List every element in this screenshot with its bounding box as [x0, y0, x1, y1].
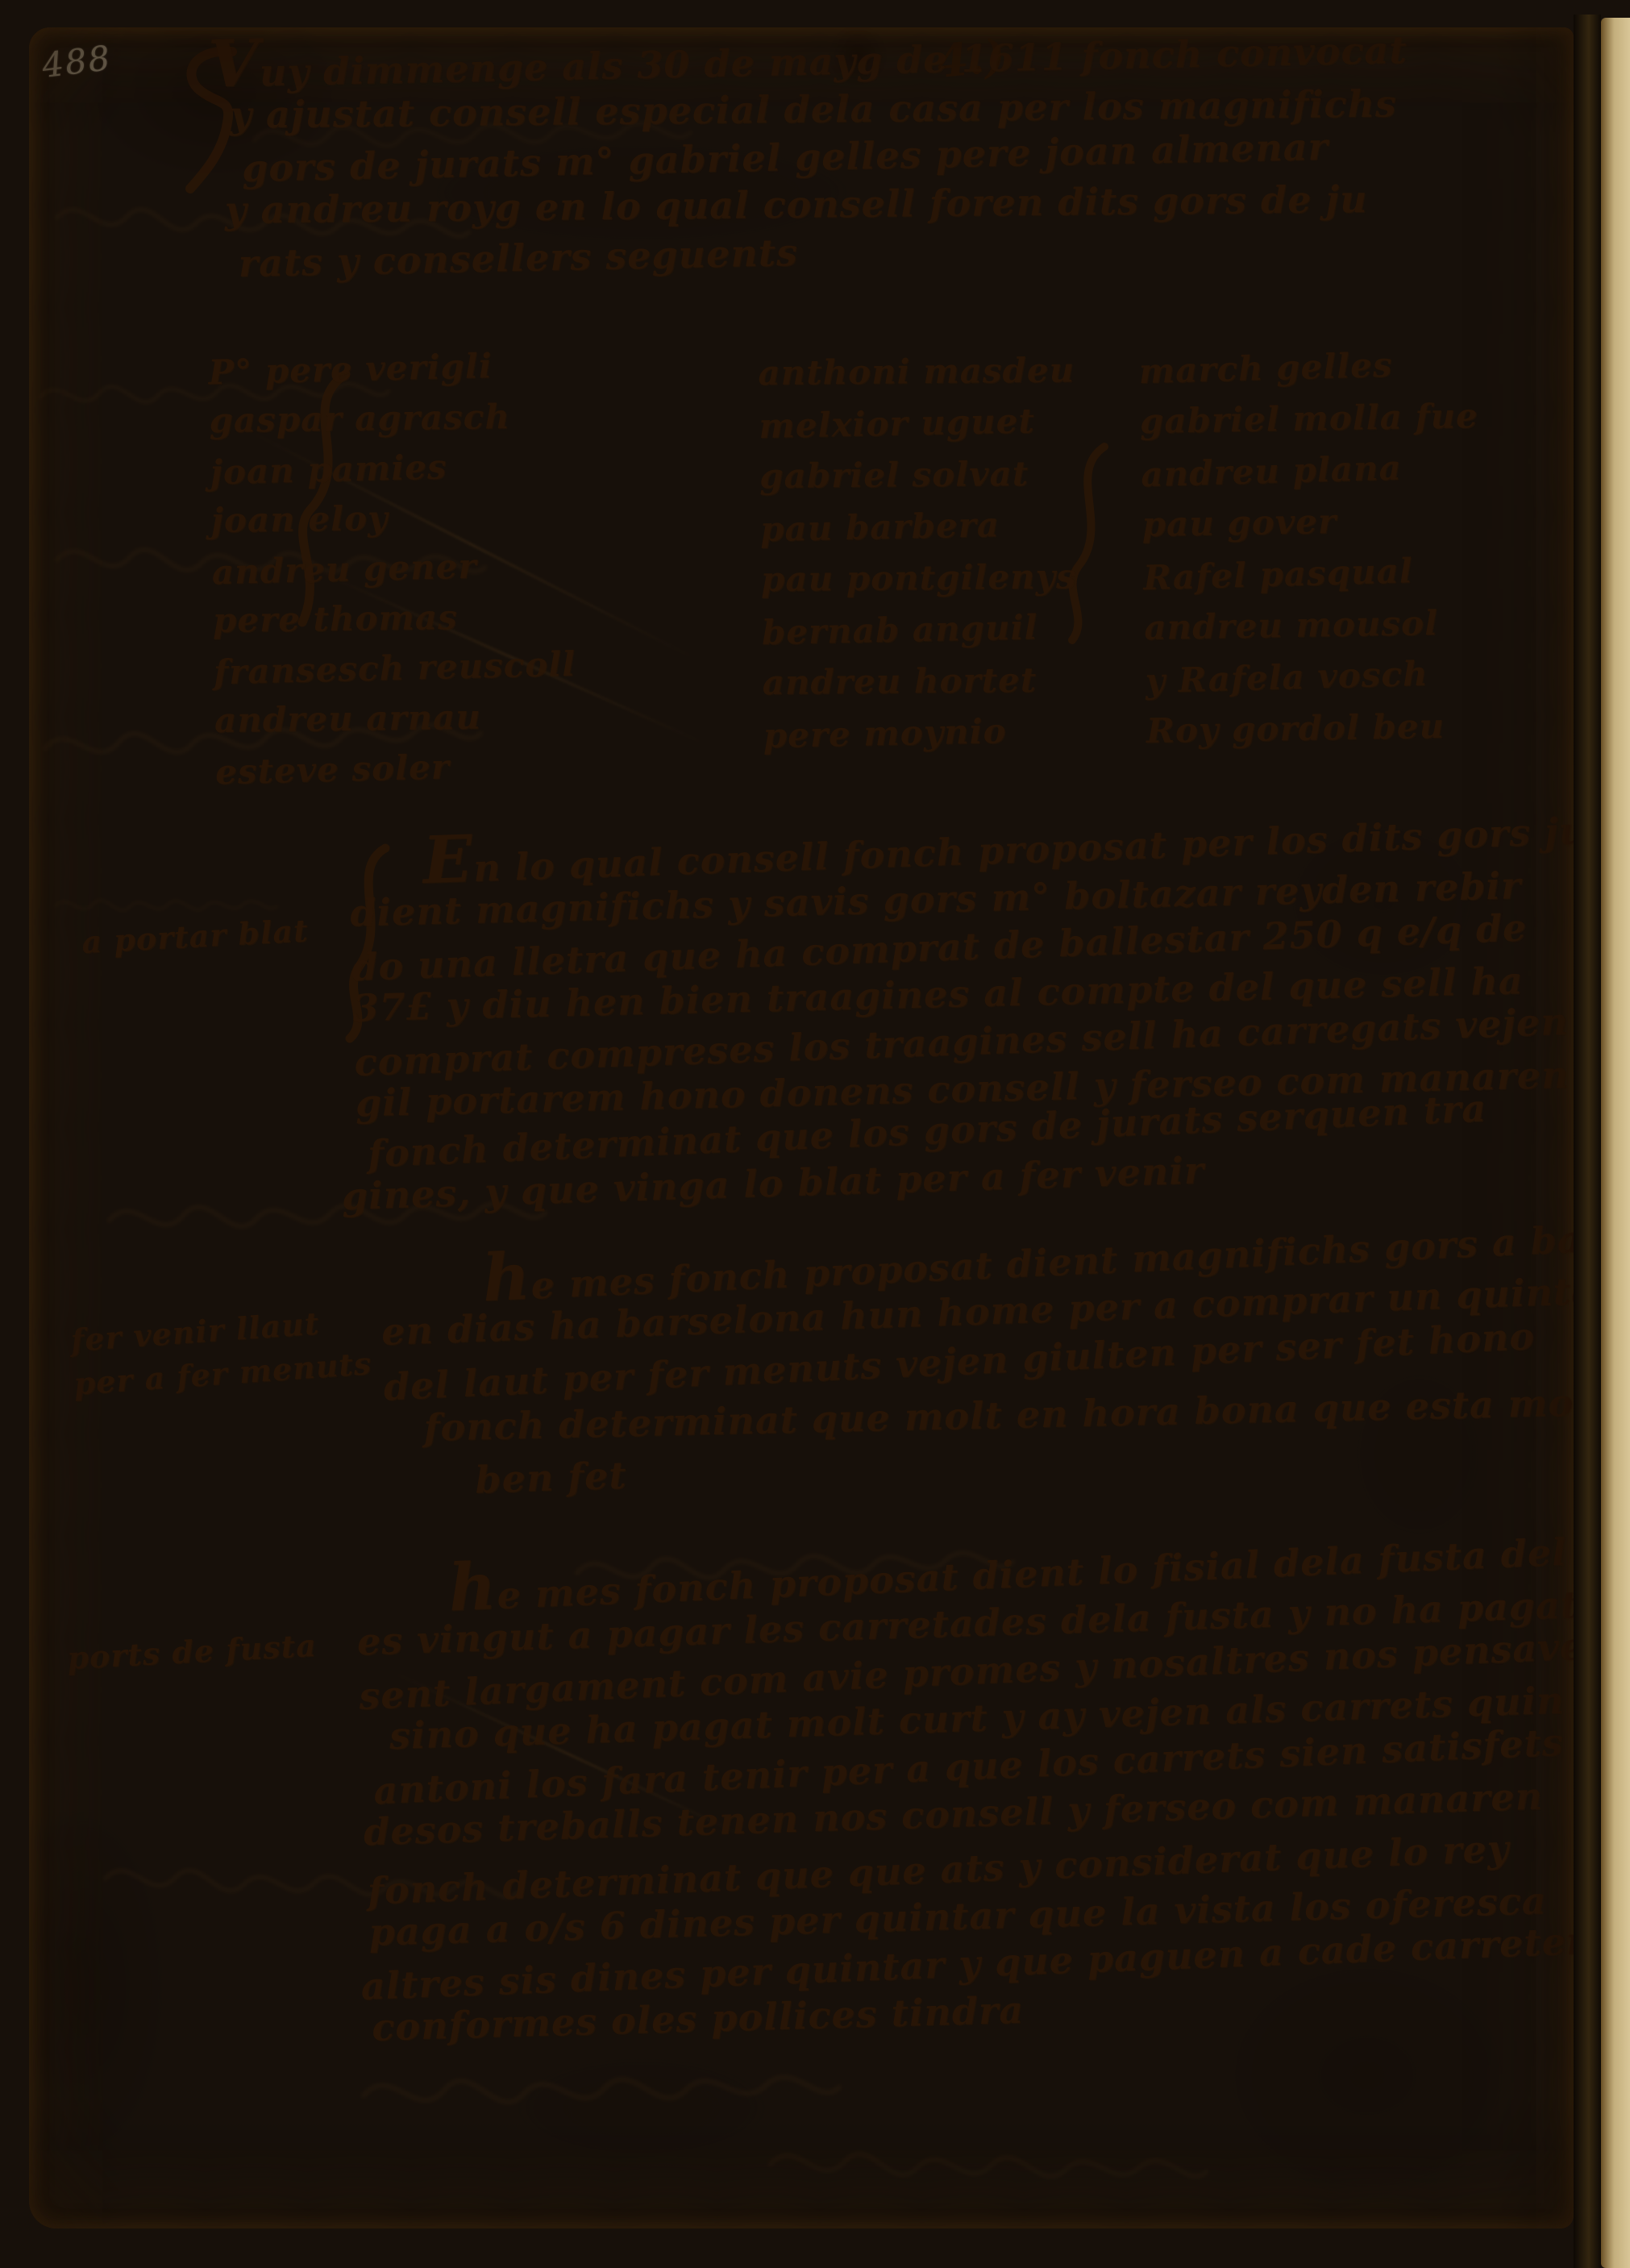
- attendee-name: y Rafela vosch: [1145, 647, 1484, 707]
- attendee-name: andreu arnau: [214, 691, 577, 746]
- margin-note-grain: a portar blat: [81, 909, 310, 964]
- attendee-name: melxior uguet: [759, 394, 1076, 452]
- attendee-name: andreu plana: [1141, 440, 1480, 501]
- attendee-column-1: P° pere verigli gaspar agrasch joan pami…: [208, 340, 578, 797]
- manuscript-scan: 488 4.) Vuy dimmenge als 30 de mayg de 1…: [0, 0, 1630, 2268]
- attendee-name: gabriel solvat: [759, 447, 1076, 502]
- attendee-name: gabriel molla fue: [1139, 390, 1478, 447]
- attendee-name: pere moynio: [763, 704, 1080, 762]
- attendee-name: esteve soler: [214, 739, 578, 798]
- attendee-column-3: march gelles gabriel molla fue andreu pl…: [1138, 338, 1485, 758]
- section-llaut-body: he mes fonch proposat dient magnifichs g…: [379, 1207, 1574, 1407]
- attendee-name: march gelles: [1138, 337, 1478, 397]
- manuscript-page: 488 4.) Vuy dimmenge als 30 de mayg de 1…: [29, 27, 1574, 2228]
- folio-number: 488: [40, 38, 114, 85]
- attendee-name: Roy gordol beu: [1146, 700, 1486, 757]
- heading-paragraph: Vuy dimmenge als 30 de mayg de 1611 fonc…: [208, 30, 1410, 285]
- attendee-name: fransesch reuscoll: [213, 639, 576, 698]
- attendee-name: andreu hortet: [762, 654, 1079, 709]
- attendee-name: bernab anguil: [761, 601, 1079, 659]
- margin-note-line: a portar blat: [81, 909, 310, 964]
- stain: [29, 1761, 190, 2212]
- attendee-name: pau barbera: [760, 497, 1078, 556]
- attendee-column-2: anthoni masdeu melxior uguet gabriel sol…: [758, 344, 1080, 761]
- adjacent-page-edge: [1601, 18, 1630, 2268]
- section-timber-resolution: fonch determinat que que ats y considera…: [367, 1826, 1574, 2054]
- attendee-name: joan pamies: [210, 439, 573, 498]
- attendee-name: andreu gener: [211, 539, 575, 598]
- attendee-name: pere thomas: [213, 591, 576, 646]
- bleed-through-writing: [738, 2120, 1239, 2217]
- attendee-name: pau pontgilenys: [761, 551, 1078, 605]
- margin-note-llaut: fer venir llaut per a fer menuts: [69, 1298, 373, 1406]
- attendee-name: andreu mousol: [1144, 597, 1483, 654]
- margin-note-line: ports de fusta: [66, 1624, 318, 1680]
- section-timber-body: he mes fonch proposat dient lo fisial de…: [355, 1529, 1574, 1859]
- attendee-name: gaspar agrasch: [209, 391, 572, 446]
- attendee-name: anthoni masdeu: [758, 344, 1075, 399]
- attendee-name: joan eloy: [210, 491, 573, 546]
- section-grain-body: En lo qual consell fonch proposat per lo…: [348, 808, 1574, 1130]
- bleed-through-writing: [230, 2037, 973, 2146]
- book-gutter-shadow: [1574, 15, 1601, 2268]
- attendee-name: P° pere verigli: [208, 339, 572, 398]
- attendee-name: Rafel pasqual: [1142, 543, 1482, 604]
- attendee-name: pau gover: [1141, 493, 1481, 551]
- margin-note-timber: ports de fusta: [66, 1624, 318, 1680]
